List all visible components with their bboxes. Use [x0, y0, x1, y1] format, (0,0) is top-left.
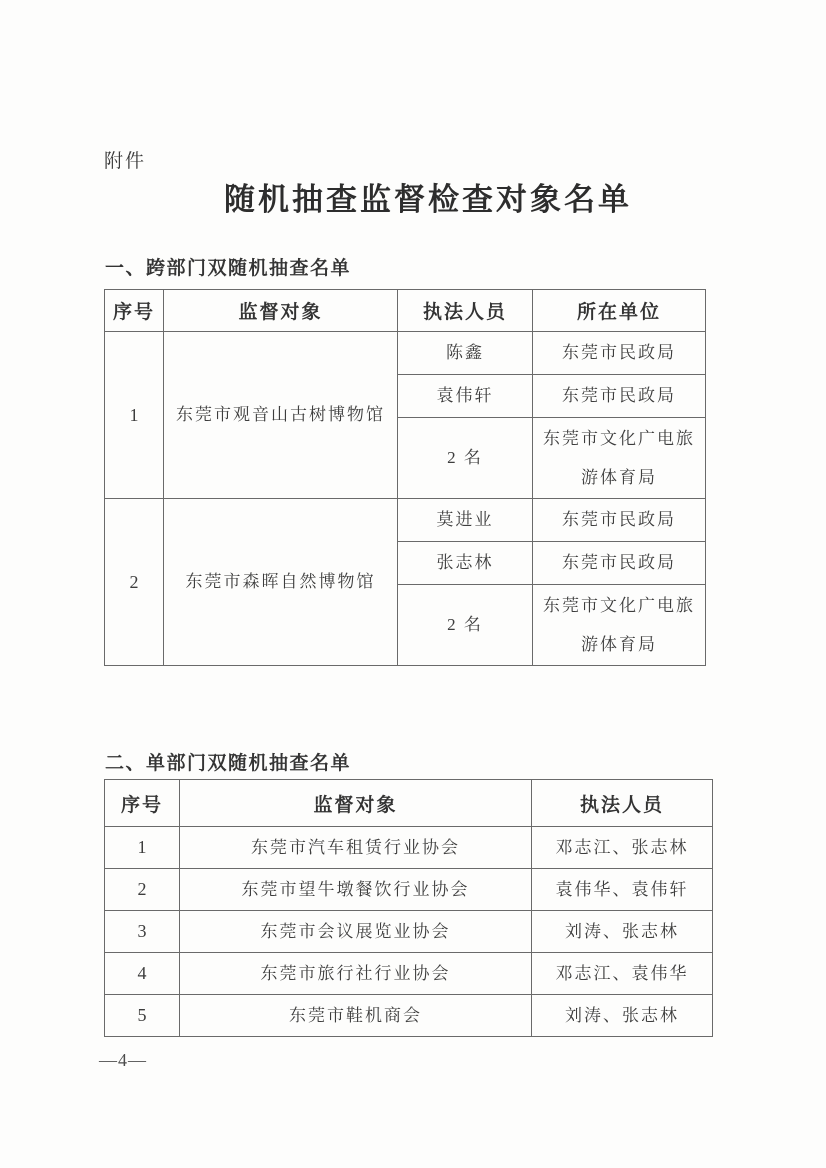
- officers-cell: 邓志江、袁伟华: [532, 953, 713, 995]
- table-row: 2 东莞市森晖自然博物馆 莫进业 东莞市民政局: [105, 499, 706, 542]
- officer-cell: 莫进业: [398, 499, 533, 542]
- target-cell: 东莞市旅行社行业协会: [180, 953, 532, 995]
- index-cell: 4: [105, 953, 180, 995]
- table-row: 2 东莞市望牛墩餐饮行业协会 袁伟华、袁伟轩: [105, 869, 713, 911]
- group2-target-cell: 东莞市森晖自然博物馆: [164, 499, 398, 666]
- single-department-inspection-table: 序号 监督对象 执法人员 1 东莞市汽车租赁行业协会 邓志江、张志林 2 东莞市…: [104, 779, 713, 1037]
- officers-cell: 刘涛、张志林: [532, 911, 713, 953]
- officer-cell: 2 名: [398, 418, 533, 499]
- column-header-target: 监督对象: [180, 780, 532, 827]
- officer-cell: 2 名: [398, 585, 533, 666]
- officers-cell: 邓志江、张志林: [532, 827, 713, 869]
- column-header-unit: 所在单位: [533, 290, 706, 332]
- table-row: 5 东莞市鞋机商会 刘涛、张志林: [105, 995, 713, 1037]
- table-row: 1 东莞市观音山古树博物馆 陈鑫 东莞市民政局: [105, 332, 706, 375]
- unit-cell: 东莞市民政局: [533, 542, 706, 585]
- target-cell: 东莞市望牛墩餐饮行业协会: [180, 869, 532, 911]
- attachment-label: 附件: [104, 146, 146, 173]
- index-cell: 3: [105, 911, 180, 953]
- page-title: 随机抽查监督检查对象名单: [0, 174, 826, 219]
- officer-cell: 袁伟轩: [398, 375, 533, 418]
- index-cell: 1: [105, 827, 180, 869]
- unit-cell: 东莞市民政局: [533, 332, 706, 375]
- section1-heading: 一、跨部门双随机抽查名单: [105, 253, 351, 280]
- column-header-officers: 执法人员: [398, 290, 533, 332]
- unit-cell: 东莞市民政局: [533, 499, 706, 542]
- officers-cell: 袁伟华、袁伟轩: [532, 869, 713, 911]
- column-header-target: 监督对象: [164, 290, 398, 332]
- index-cell: 2: [105, 869, 180, 911]
- table-header-row: 序号 监督对象 执法人员 所在单位: [105, 290, 706, 332]
- target-cell: 东莞市鞋机商会: [180, 995, 532, 1037]
- table-header-row: 序号 监督对象 执法人员: [105, 780, 713, 827]
- officers-cell: 刘涛、张志林: [532, 995, 713, 1037]
- table-row: 1 东莞市汽车租赁行业协会 邓志江、张志林: [105, 827, 713, 869]
- unit-cell: 东莞市文化广电旅游体育局: [533, 418, 706, 499]
- table-row: 4 东莞市旅行社行业协会 邓志江、袁伟华: [105, 953, 713, 995]
- index-cell: 5: [105, 995, 180, 1037]
- group1-index-cell: 1: [105, 332, 164, 499]
- column-header-index: 序号: [105, 780, 180, 827]
- section2-heading: 二、单部门双随机抽查名单: [105, 748, 351, 775]
- unit-cell: 东莞市民政局: [533, 375, 706, 418]
- document-page: 附件 随机抽查监督检查对象名单 一、跨部门双随机抽查名单 序号 监督对象 执法人…: [0, 0, 826, 1168]
- unit-cell: 东莞市文化广电旅游体育局: [533, 585, 706, 666]
- cross-department-inspection-table: 序号 监督对象 执法人员 所在单位 1 东莞市观音山古树博物馆 陈鑫 东莞市民政…: [104, 289, 706, 666]
- group2-index-cell: 2: [105, 499, 164, 666]
- target-cell: 东莞市会议展览业协会: [180, 911, 532, 953]
- table-row: 3 东莞市会议展览业协会 刘涛、张志林: [105, 911, 713, 953]
- page-number: —4—: [99, 1050, 147, 1071]
- officer-cell: 张志林: [398, 542, 533, 585]
- group1-target-cell: 东莞市观音山古树博物馆: [164, 332, 398, 499]
- column-header-index: 序号: [105, 290, 164, 332]
- column-header-officers: 执法人员: [532, 780, 713, 827]
- target-cell: 东莞市汽车租赁行业协会: [180, 827, 532, 869]
- officer-cell: 陈鑫: [398, 332, 533, 375]
